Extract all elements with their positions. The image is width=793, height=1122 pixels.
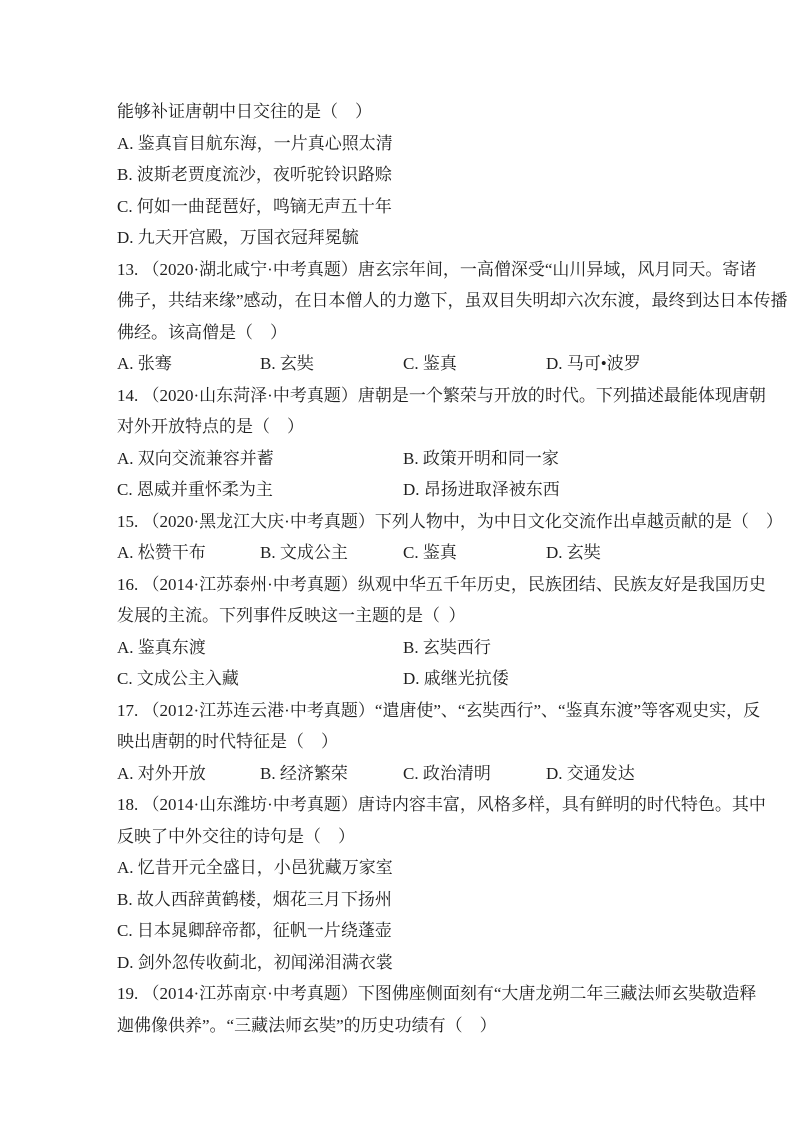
option-cell-c: C. 恩威并重怀柔为主	[117, 474, 403, 506]
question-block-19: 19. （2014·江苏南京·中考真题）下图佛座侧面刻有“大唐龙朔二年三藏法师玄…	[117, 978, 703, 1041]
question-stem-line: 14. （2020·山东菏泽·中考真题）唐朝是一个繁荣与开放的时代。下列描述最能…	[117, 380, 703, 412]
option-cell-a: A. 鉴真东渡	[117, 632, 403, 664]
question-block-14: 14. （2020·山东菏泽·中考真题）唐朝是一个繁荣与开放的时代。下列描述最能…	[117, 380, 703, 506]
option-cell-b: B. 玄奘	[260, 348, 403, 380]
option-cell-b: B. 文成公主	[260, 537, 403, 569]
option-cell-d: D. 马可•波罗	[546, 348, 641, 380]
option-cell-a: A. 张骞	[117, 348, 260, 380]
question-stem-line: 映出唐朝的时代特征是（ ）	[117, 726, 703, 758]
options-row: C. 文成公主入藏 D. 戚继光抗倭	[117, 663, 703, 695]
question-stem-line: 能够补证唐朝中日交往的是（ ）	[117, 96, 703, 128]
exam-questions-content: 能够补证唐朝中日交往的是（ ） A. 鉴真盲目航东海，一片真心照太清 B. 波斯…	[0, 0, 793, 1041]
option-cell-d: D. 昂扬进取泽被东西	[403, 474, 560, 506]
question-stem-line: 佛经。该高僧是（ ）	[117, 317, 703, 349]
question-block-12-continuation: 能够补证唐朝中日交往的是（ ） A. 鉴真盲目航东海，一片真心照太清 B. 波斯…	[117, 96, 703, 254]
option-line-b: B. 波斯老贾度流沙，夜听驼铃识路赊	[117, 159, 703, 191]
option-cell-b: B. 经济繁荣	[260, 758, 403, 790]
question-block-15: 15. （2020·黑龙江大庆·中考真题）下列人物中，为中日文化交流作出卓越贡献…	[117, 506, 703, 569]
document-page: 能够补证唐朝中日交往的是（ ） A. 鉴真盲目航东海，一片真心照太清 B. 波斯…	[0, 0, 793, 1122]
option-cell-a: A. 对外开放	[117, 758, 260, 790]
option-line-d: D. 剑外忽传收蓟北，初闻涕泪满衣裳	[117, 947, 703, 979]
option-cell-c: C. 文成公主入藏	[117, 663, 403, 695]
option-line-c: C. 何如一曲琵琶好，鸣镝无声五十年	[117, 191, 703, 223]
option-cell-d: D. 戚继光抗倭	[403, 663, 509, 695]
question-block-18: 18. （2014·山东潍坊·中考真题）唐诗内容丰富，风格多样，具有鲜明的时代特…	[117, 789, 703, 978]
question-stem-line: 对外开放特点的是（ ）	[117, 411, 703, 443]
question-stem-line: 17. （2012·江苏连云港·中考真题）“遣唐使”、“玄奘西行”、“鉴真东渡”…	[117, 695, 703, 727]
question-stem-line: 反映了中外交往的诗句是（ ）	[117, 821, 703, 853]
option-line-b: B. 故人西辞黄鹤楼，烟花三月下扬州	[117, 884, 703, 916]
question-stem-line: 19. （2014·江苏南京·中考真题）下图佛座侧面刻有“大唐龙朔二年三藏法师玄…	[117, 978, 703, 1010]
question-stem-line: 佛子，共结来缘”感动，在日本僧人的力邀下，虽双目失明却六次东渡，最终到达日本传播	[117, 285, 703, 317]
option-cell-a: A. 松赞干布	[117, 537, 260, 569]
option-line-a: A. 鉴真盲目航东海，一片真心照太清	[117, 128, 703, 160]
option-line-d: D. 九天开宫殿，万国衣冠拜冕毓	[117, 222, 703, 254]
question-stem-line: 16. （2014·江苏泰州·中考真题）纵观中华五千年历史，民族团结、民族友好是…	[117, 569, 703, 601]
options-row: A. 松赞干布 B. 文成公主 C. 鉴真 D. 玄奘	[117, 537, 703, 569]
question-block-17: 17. （2012·江苏连云港·中考真题）“遣唐使”、“玄奘西行”、“鉴真东渡”…	[117, 695, 703, 790]
question-stem-line: 15. （2020·黑龙江大庆·中考真题）下列人物中，为中日文化交流作出卓越贡献…	[117, 506, 703, 538]
option-cell-c: C. 政治清明	[403, 758, 546, 790]
question-block-13: 13. （2020·湖北咸宁·中考真题）唐玄宗年间，一高僧深受“山川异域，风月同…	[117, 254, 703, 380]
options-row: A. 对外开放 B. 经济繁荣 C. 政治清明 D. 交通发达	[117, 758, 703, 790]
options-row: A. 鉴真东渡 B. 玄奘西行	[117, 632, 703, 664]
option-cell-c: C. 鉴真	[403, 348, 546, 380]
option-cell-d: D. 交通发达	[546, 758, 635, 790]
question-stem-line: 13. （2020·湖北咸宁·中考真题）唐玄宗年间，一高僧深受“山川异域，风月同…	[117, 254, 703, 286]
option-cell-b: B. 玄奘西行	[403, 632, 491, 664]
option-cell-a: A. 双向交流兼容并蓄	[117, 443, 403, 475]
option-cell-b: B. 政策开明和同一家	[403, 443, 559, 475]
question-stem-line: 18. （2014·山东潍坊·中考真题）唐诗内容丰富，风格多样，具有鲜明的时代特…	[117, 789, 703, 821]
question-block-16: 16. （2014·江苏泰州·中考真题）纵观中华五千年历史，民族团结、民族友好是…	[117, 569, 703, 695]
option-cell-d: D. 玄奘	[546, 537, 601, 569]
option-line-a: A. 忆昔开元全盛日，小邑犹藏万家室	[117, 852, 703, 884]
options-row: A. 张骞 B. 玄奘 C. 鉴真 D. 马可•波罗	[117, 348, 703, 380]
option-line-c: C. 日本晁卿辞帝都，征帆一片绕蓬壶	[117, 915, 703, 947]
option-cell-c: C. 鉴真	[403, 537, 546, 569]
options-row: A. 双向交流兼容并蓄 B. 政策开明和同一家	[117, 443, 703, 475]
question-stem-line: 迦佛像供养”。“三藏法师玄奘”的历史功绩有（ ）	[117, 1010, 703, 1042]
options-row: C. 恩威并重怀柔为主 D. 昂扬进取泽被东西	[117, 474, 703, 506]
question-stem-line: 发展的主流。下列事件反映这一主题的是（ ）	[117, 600, 703, 632]
